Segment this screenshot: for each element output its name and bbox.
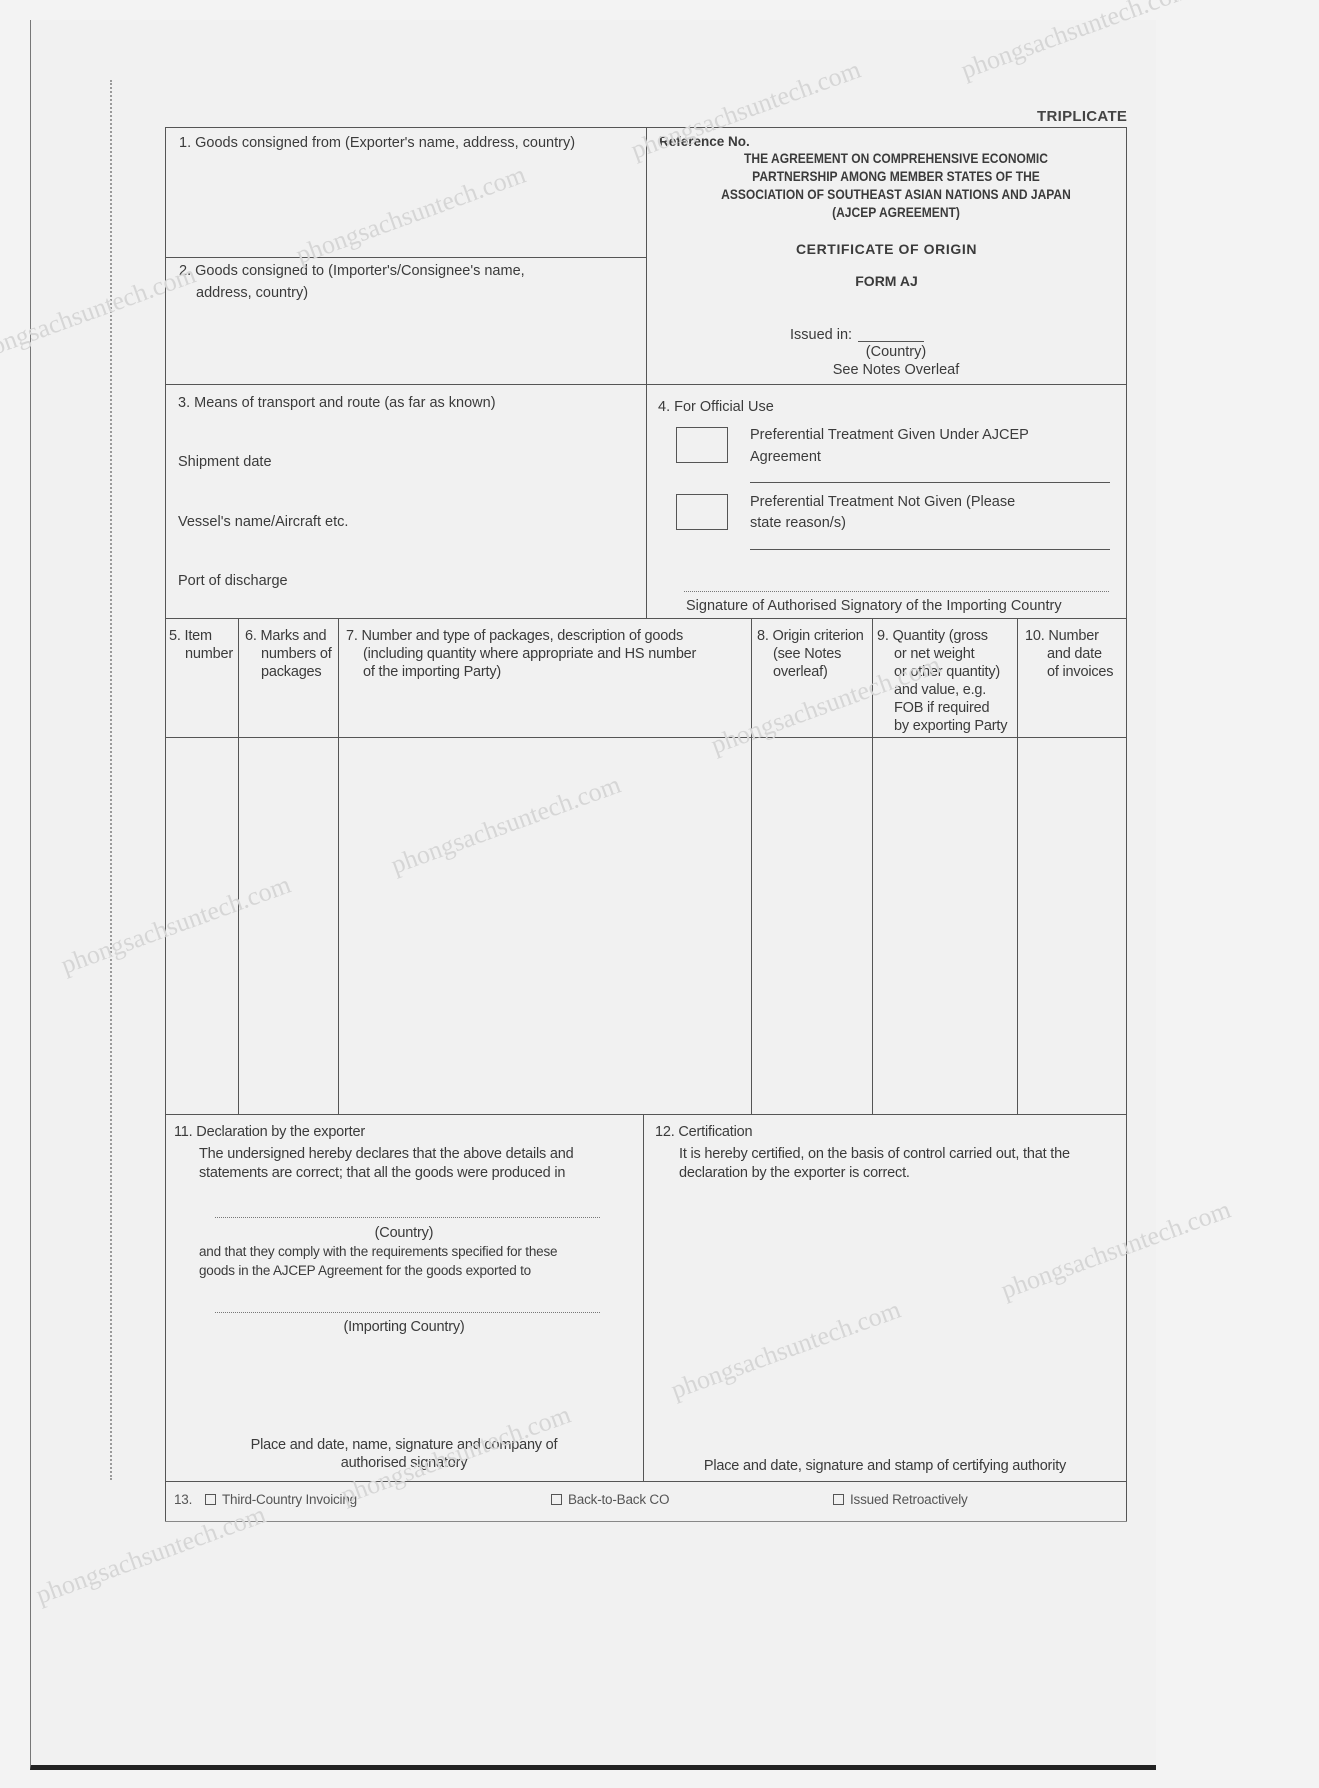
preferential-not-given-label-line2[interactable]: state reason/s) — [750, 514, 846, 532]
box11-text-line1: The undersigned hereby declares that the… — [199, 1145, 574, 1163]
third-country-invoicing-label: Third-Country Invoicing — [222, 1492, 357, 1507]
col7-line2: (including quantity where appropriate an… — [363, 645, 700, 663]
issued-in-country-caption: (Country) — [646, 343, 1146, 361]
shipment-date-label: Shipment date — [178, 453, 272, 471]
col-header-marks: 6. Marks and numbers of packages — [245, 627, 326, 681]
reason-line[interactable] — [750, 549, 1110, 550]
see-notes-overleaf: See Notes Overleaf — [646, 361, 1146, 379]
box3-top-divider — [165, 384, 1127, 385]
frame-bottom — [165, 1521, 1127, 1522]
preferential-given-checkbox[interactable] — [676, 427, 728, 463]
col-header-invoices: 10. Number and date of invoices — [1025, 627, 1099, 681]
col9-line4: and value, e.g. — [894, 681, 1007, 699]
preferential-not-given-checkbox[interactable] — [676, 494, 728, 530]
box11-text-line2: statements are correct; that all the goo… — [199, 1164, 565, 1182]
col10-line3: of invoices — [1047, 663, 1121, 681]
scan-edge-artifact — [110, 80, 114, 1480]
quantity-cell[interactable] — [873, 738, 1017, 1114]
issued-in-field[interactable] — [858, 341, 924, 342]
col-header-origin-criterion: 8. Origin criterion (see Notes overleaf) — [757, 627, 864, 681]
box2-label-line2: address, country) — [196, 284, 308, 302]
issued-in-label: Issued in: — [790, 326, 852, 344]
back-to-back-co-checkbox[interactable] — [551, 1494, 562, 1505]
importing-country-caption: (Importing Country) — [165, 1318, 643, 1336]
port-of-discharge-label: Port of discharge — [178, 572, 288, 590]
col9-line1: 9. Quantity (gross — [877, 627, 990, 645]
box4-label: 4. For Official Use — [658, 398, 774, 416]
box1-label: 1. Goods consigned from (Exporter's name… — [179, 134, 575, 152]
issued-retroactively-checkbox[interactable] — [833, 1494, 844, 1505]
goods-table-top — [165, 618, 1127, 619]
issued-retroactively-label: Issued Retroactively — [850, 1492, 968, 1507]
production-country-field[interactable] — [215, 1217, 600, 1218]
col6-line1: 6. Marks and — [245, 627, 326, 645]
agreement-line-4: (AJCEP AGREEMENT) — [697, 203, 1094, 221]
box3-label: 3. Means of transport and route (as far … — [178, 394, 496, 412]
col6-line3: packages — [261, 663, 342, 681]
form-name: FORM AJ — [646, 272, 1127, 290]
col-header-description: 7. Number and type of packages, descript… — [346, 627, 683, 681]
agreement-line-3: ASSOCIATION OF SOUTHEAST ASIAN NATIONS A… — [697, 185, 1094, 203]
box13-number: 13. — [174, 1491, 192, 1509]
col10-line1: 10. Number — [1025, 627, 1099, 645]
back-to-back-co-option[interactable]: Back-to-Back CO — [551, 1491, 669, 1509]
col5-line1: 5. Item — [169, 627, 217, 645]
description-cell[interactable] — [339, 738, 751, 1114]
col7-line1: 7. Number and type of packages, descript… — [346, 627, 683, 645]
exporter-signature-caption-line1: Place and date, name, signature and comp… — [165, 1436, 643, 1454]
box12-text-line2: declaration by the exporter is correct. — [679, 1164, 910, 1182]
col10-line2: and date — [1047, 645, 1121, 663]
box11-text-line3: and that they comply with the requiremen… — [199, 1243, 557, 1261]
importing-country-field[interactable] — [215, 1312, 600, 1313]
col9-line5: FOB if required — [894, 699, 1007, 717]
col-header-quantity: 9. Quantity (gross or net weight or othe… — [877, 627, 990, 735]
item-number-cell[interactable] — [166, 738, 238, 1114]
goods-table-bottom — [165, 1114, 1127, 1115]
col8-line1: 8. Origin criterion — [757, 627, 864, 645]
importing-signature-caption: Signature of Authorised Signatory of the… — [686, 597, 1062, 615]
importing-signature-line[interactable] — [684, 591, 1109, 592]
box2-label-line1: 2. Goods consigned to (Importer's/Consig… — [179, 262, 525, 280]
col5-line2: number — [185, 645, 233, 663]
col8-line3: overleaf) — [773, 663, 880, 681]
marks-cell[interactable] — [239, 738, 338, 1114]
col7-line3: of the importing Party) — [363, 663, 700, 681]
certification-signature-area[interactable] — [644, 1187, 1126, 1447]
preferential-given-label-line1: Preferential Treatment Given Under AJCEP — [750, 426, 1029, 444]
third-country-invoicing-option[interactable]: Third-Country Invoicing — [205, 1491, 357, 1509]
box11-text-line4: goods in the AJCEP Agreement for the goo… — [199, 1262, 531, 1280]
box11-label: 11. Declaration by the exporter — [174, 1123, 365, 1141]
invoices-cell[interactable] — [1018, 738, 1126, 1114]
col6-line2: numbers of — [261, 645, 342, 663]
back-to-back-co-label: Back-to-Back CO — [568, 1492, 669, 1507]
agreement-title: THE AGREEMENT ON COMPREHENSIVE ECONOMIC … — [665, 149, 1127, 221]
production-country-caption: (Country) — [165, 1224, 643, 1242]
box12-text-line1: It is hereby certified, on the basis of … — [679, 1145, 1070, 1163]
copy-label: TRIPLICATE — [1037, 108, 1127, 125]
box1-box2-divider — [165, 257, 646, 258]
issued-retroactively-option[interactable]: Issued Retroactively — [833, 1491, 968, 1509]
certificate-form: 1. Goods consigned from (Exporter's name… — [165, 127, 1127, 1522]
box12-label: 12. Certification — [655, 1123, 752, 1141]
vessel-name-label: Vessel's name/Aircraft etc. — [178, 513, 348, 531]
box13-top-divider — [165, 1481, 1127, 1482]
exporter-signature-caption-line2: authorised signatory — [165, 1454, 643, 1472]
col9-line3: or other quantity) — [894, 663, 1007, 681]
third-country-invoicing-checkbox[interactable] — [205, 1494, 216, 1505]
col8-line2: (see Notes — [773, 645, 880, 663]
certificate-title: CERTIFICATE OF ORIGIN — [646, 240, 1127, 258]
certifying-signature-caption: Place and date, signature and stamp of c… — [643, 1457, 1127, 1475]
preferential-given-line — [750, 482, 1110, 483]
preferential-not-given-label-line1: Preferential Treatment Not Given (Please — [750, 493, 1015, 511]
col9-line2: or net weight — [894, 645, 1007, 663]
preferential-given-label-line2: Agreement — [750, 448, 821, 466]
col-header-item-number: 5. Item number — [169, 627, 217, 663]
exporter-signature-area[interactable] — [166, 1337, 643, 1432]
origin-criterion-cell[interactable] — [752, 738, 872, 1114]
agreement-line-1: THE AGREEMENT ON COMPREHENSIVE ECONOMIC — [697, 149, 1094, 167]
col9-line6: by exporting Party — [894, 717, 1007, 735]
agreement-line-2: PARTNERSHIP AMONG MEMBER STATES OF THE — [697, 167, 1094, 185]
frame-right — [1126, 127, 1127, 1522]
